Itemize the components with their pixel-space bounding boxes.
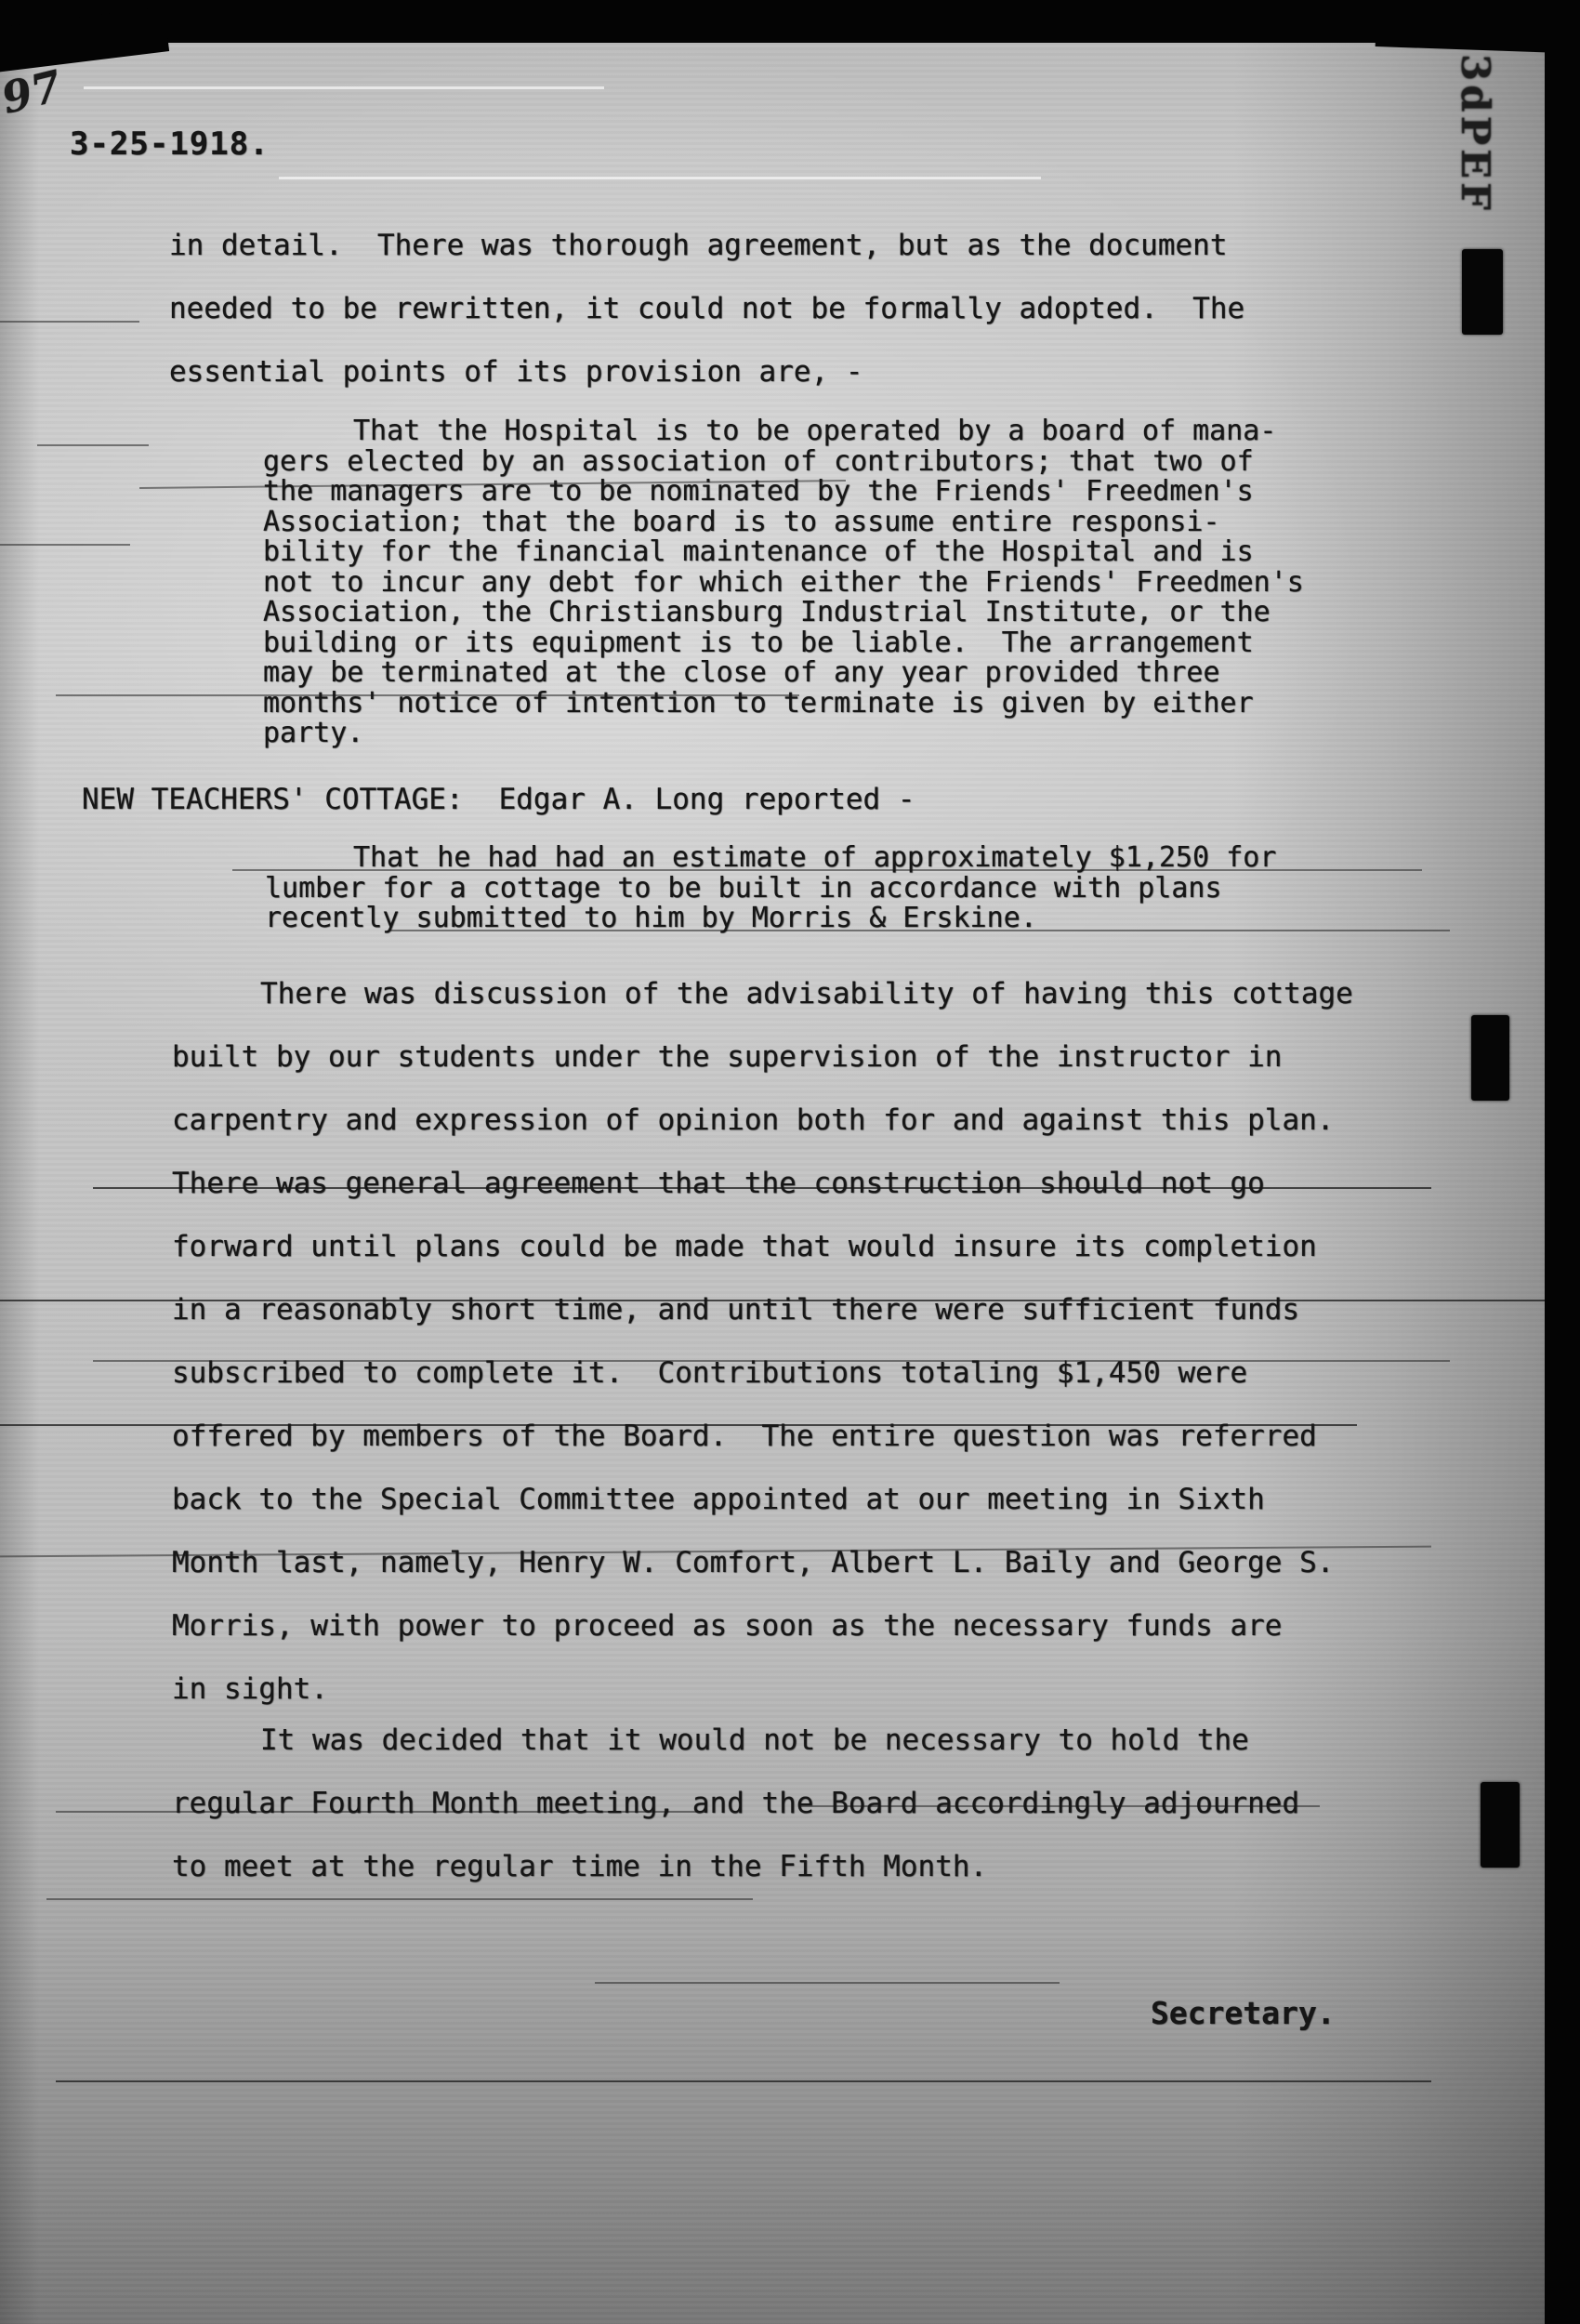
text-line: bility for the financial maintenance of … [263, 537, 1304, 568]
sideways-stamp: 3dPEF [1453, 54, 1498, 214]
text-line: Association; that the board is to assume… [263, 508, 1304, 538]
text-line: That the Hospital is to be operated by a… [263, 416, 1304, 447]
text-line: may be terminated at the close of any ye… [263, 658, 1304, 689]
text-line: not to incur any debt for which either t… [263, 568, 1304, 599]
text-line: Morris, with power to proceed as soon as… [172, 1594, 1353, 1657]
text-line: building or its equipment is to be liabl… [263, 628, 1304, 659]
secretary-signature: Secretary. [1151, 1995, 1336, 2031]
ink-blot-mark [1462, 249, 1503, 335]
text-line: essential points of its provision are, - [169, 340, 1244, 403]
estimate-block: That he had had an estimate of approxima… [265, 843, 1276, 934]
scanned-document-page: 97 3dPEF 3-25-1918. in detail. There was… [0, 0, 1580, 2324]
text-line: back to the Special Committee appointed … [172, 1468, 1353, 1531]
section-reporter: Edgar A. Long reported - [499, 783, 915, 816]
text-line: It was decided that it would not be nece… [172, 1709, 1299, 1772]
section-heading: NEW TEACHERS' COTTAGE: [82, 783, 464, 816]
scan-border-right [1545, 37, 1580, 2324]
ink-blot-mark [1481, 1782, 1520, 1868]
text-line: recently submitted to him by Morris & Er… [265, 904, 1276, 934]
scan-border-top [0, 0, 1580, 43]
text-line: subscribed to complete it. Contributions… [172, 1341, 1353, 1405]
text-line: needed to be rewritten, it could not be … [169, 277, 1244, 340]
text-line: That he had had an estimate of approxima… [265, 843, 1276, 874]
text-line: Association, the Christiansburg Industri… [263, 598, 1304, 628]
provision-block: That the Hospital is to be operated by a… [263, 416, 1304, 749]
text-line: the managers are to be nominated by the … [263, 477, 1304, 508]
text-line: offered by members of the Board. The ent… [172, 1405, 1353, 1468]
opening-paragraph: in detail. There was thorough agreement,… [169, 214, 1244, 403]
discussion-paragraph: There was discussion of the advisability… [172, 962, 1353, 1721]
ink-blot-mark [1471, 1015, 1509, 1101]
text-line: There was general agreement that the con… [172, 1152, 1353, 1215]
text-line: in detail. There was thorough agreement,… [169, 214, 1244, 277]
text-line: party. [263, 719, 1304, 749]
text-line: in a reasonably short time, and until th… [172, 1278, 1353, 1341]
text-line: Month last, namely, Henry W. Comfort, Al… [172, 1531, 1353, 1594]
date-heading: 3-25-1918. [70, 125, 270, 163]
adjournment-paragraph: It was decided that it would not be nece… [172, 1709, 1299, 1898]
text-line: built by our students under the supervis… [172, 1025, 1353, 1089]
text-line: There was discussion of the advisability… [172, 962, 1353, 1025]
text-line: to meet at the regular time in the Fifth… [172, 1835, 1299, 1898]
section-heading-row: NEW TEACHERS' COTTAGE:Edgar A. Long repo… [82, 783, 915, 816]
text-line: forward until plans could be made that w… [172, 1215, 1353, 1278]
text-line: months' notice of intention to terminate… [263, 689, 1304, 720]
text-line: regular Fourth Month meeting, and the Bo… [172, 1772, 1299, 1835]
text-line: gers elected by an association of contri… [263, 447, 1304, 478]
text-line: lumber for a cottage to be built in acco… [265, 874, 1276, 905]
text-line: carpentry and expression of opinion both… [172, 1089, 1353, 1152]
